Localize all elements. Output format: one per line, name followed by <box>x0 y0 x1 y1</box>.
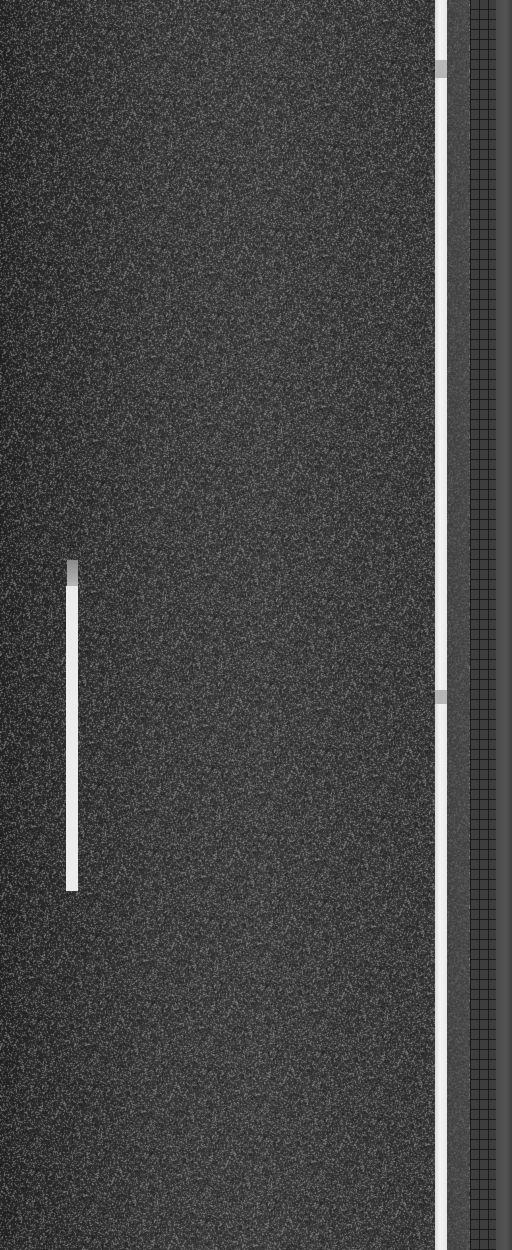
road-edge-line <box>435 0 447 1250</box>
road-shoulder <box>447 0 469 1250</box>
edge-line-seam <box>435 690 447 704</box>
lane-dash-worn-top <box>67 560 78 586</box>
road-scene <box>0 0 512 1250</box>
lane-dash-marking <box>66 586 78 891</box>
edge-line-seam <box>435 60 447 78</box>
curb-grid <box>470 0 496 1250</box>
road-verge <box>496 0 512 1250</box>
